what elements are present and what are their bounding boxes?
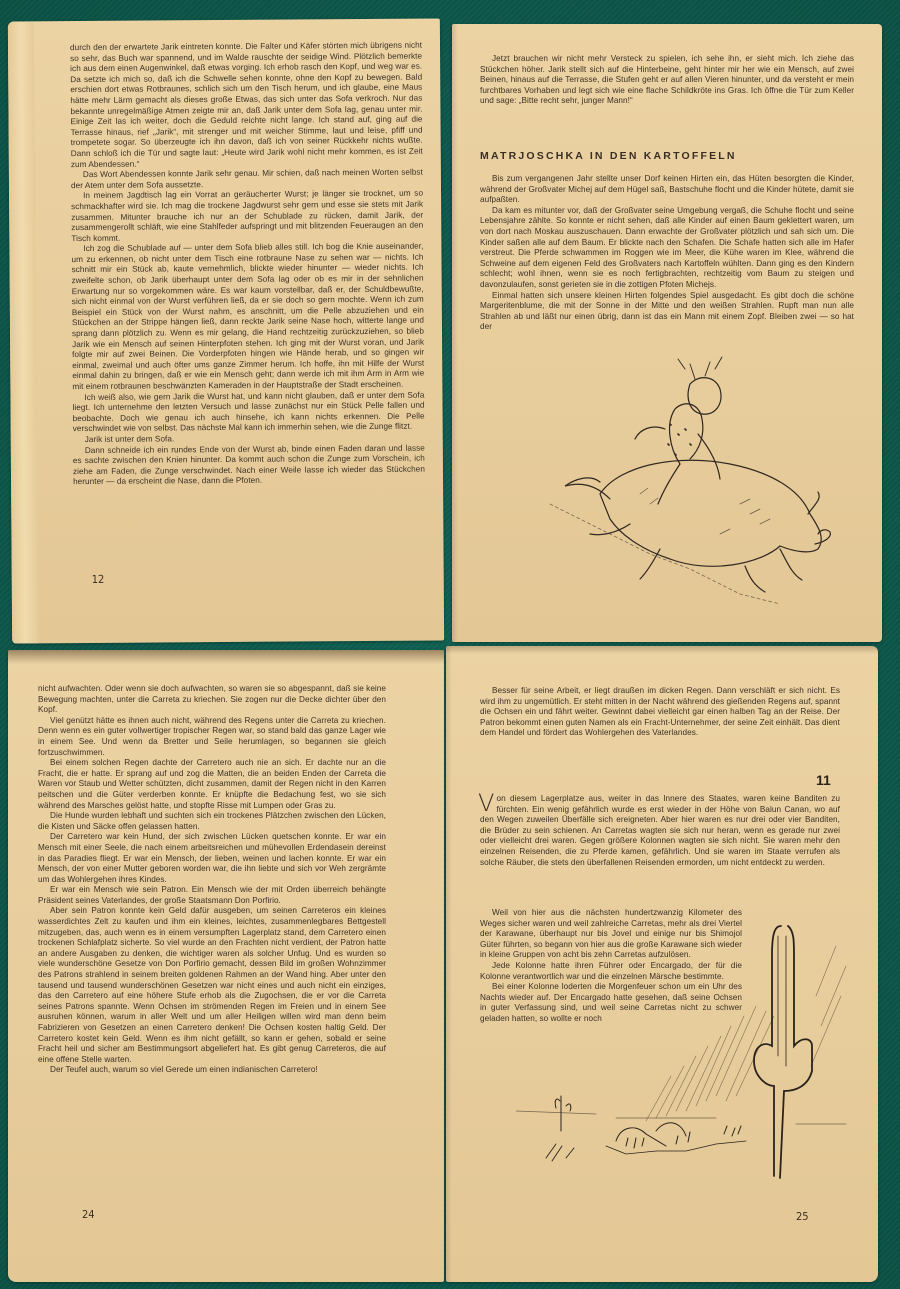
chapter-number: 11 [816,772,831,788]
page-25-body: Von diesem Lagerplatze aus, weiter in da… [480,794,840,868]
paragraph-with-drop-cap: Von diesem Lagerplatze aus, weiter in da… [480,794,840,868]
paragraph: In meinem Jagdtisch lag ein Vorrat an ge… [71,189,423,244]
page-number: 25 [796,1210,809,1223]
paragraph: Viel genützt hätte es ihnen auch nicht, … [38,716,386,758]
paragraph: Die Hunde wurden lebhaft und suchten sic… [38,811,386,832]
paragraph: Er war ein Mensch wie sein Patron. Ein M… [38,885,386,906]
gutter-shadow [446,646,452,1282]
paragraph: Dann schneide ich ein rundes Ende von de… [73,443,425,488]
paragraph: Bei einem solchen Regen dachte der Carre… [38,758,386,811]
paragraph: Besser für seine Arbeit, er liegt drauße… [480,686,840,739]
page-25: Besser für seine Arbeit, er liegt drauße… [446,646,878,1282]
page-number: 24 [82,1208,95,1221]
page-12-body: durch den der erwartete Jarik eintreten … [70,41,425,488]
paragraph: Der Carretero war kein Hund, der sich zw… [38,832,386,885]
paragraph: durch den der erwartete Jarik eintreten … [70,41,423,171]
gutter-shadow [452,24,458,642]
paragraph: Aber sein Patron konnte kein Geld dafür … [38,906,386,1065]
page-24: nicht aufwachten. Oder wenn sie doch auf… [8,650,444,1282]
page-curl-edge [8,21,38,643]
drop-cap: V [478,794,494,812]
chapter-heading: MATRJOSCHKA IN DEN KARTOFFELN [480,150,737,162]
paragraph: Ich weiß also, wie gern Jarik die Wurst … [72,390,424,435]
page-13-intro: Jetzt brauchen wir nicht mehr Versteck z… [480,54,854,107]
page-24-body: nicht aufwachten. Oder wenn sie doch auf… [38,684,386,1076]
paragraph: Jetzt brauchen wir nicht mehr Versteck z… [480,54,854,107]
paragraph: Bis zum vergangenen Jahr stellte unser D… [480,174,854,206]
paragraph: Der Teufel auch, warum so viel Gerede um… [38,1065,386,1076]
page-number: 12 [92,573,105,586]
cactus-desert-illustration [516,896,856,1186]
paragraph: Einmal hatten sich unsere kleinen Hirten… [480,291,854,333]
paragraph: Das Wort Abendessen konnte Jarik sehr ge… [71,168,423,192]
girl-riding-pig-illustration [540,354,860,614]
page-12: durch den der erwartete Jarik eintreten … [8,18,444,643]
paragraph: nicht aufwachten. Oder wenn sie doch auf… [38,684,386,716]
paragraph: Ich zog die Schublade auf — unter dem So… [71,242,424,393]
paragraph: Da kam es mitunter vor, daß der Großvate… [480,206,854,291]
page-13-body: Bis zum vergangenen Jahr stellte unser D… [480,174,854,333]
page-25-intro: Besser für seine Arbeit, er liegt drauße… [480,686,840,739]
page-13: Jetzt brauchen wir nicht mehr Versteck z… [452,24,882,642]
